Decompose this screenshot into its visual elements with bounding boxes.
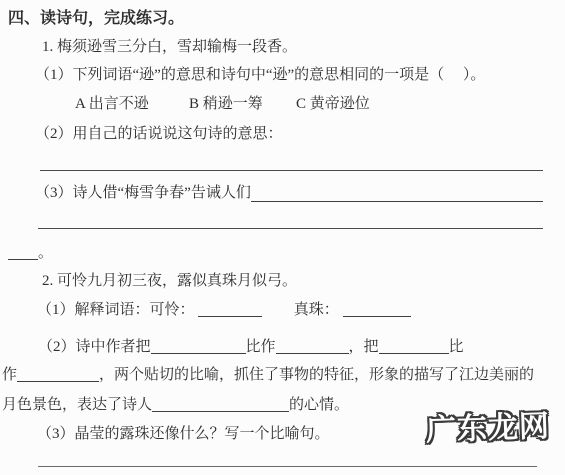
blank-keliang bbox=[198, 300, 262, 317]
answer-blank-tail bbox=[8, 243, 38, 260]
q2-sub2-seg8: 的心情。 bbox=[289, 397, 349, 413]
q1-sub3-question: （3）诗人借“梅雪争春”告诫人们 bbox=[35, 184, 251, 202]
q2-sub1-label2: 真珠： bbox=[294, 302, 339, 318]
q2-sub1-label1: （1）解释词语：可怜： bbox=[37, 302, 195, 318]
q2-sub2-seg5: 作 bbox=[2, 367, 17, 383]
q1-sub3-tail-row: 。 bbox=[8, 243, 53, 262]
q2-sub2-seg3: ，把 bbox=[349, 339, 379, 355]
blank-5 bbox=[152, 395, 289, 412]
q1-sub1-question: （1）下列词语“逊”的意思和诗句中“逊”的意思相同的一项是（ ）。 bbox=[35, 66, 485, 84]
q2-stem: 2. 可怜九月初三夜，露似真珠月似弓。 bbox=[42, 272, 297, 290]
q2-sub2-seg7: 月色景色，表达了诗人 bbox=[2, 397, 152, 413]
q2-sub2-seg6: ，两个贴切的比喻，抓住了事物的特征，形象的描写了江边美丽的 bbox=[99, 367, 534, 383]
q2-sub2-seg1: （2）诗中作者把 bbox=[38, 339, 151, 355]
q2-sub2-line3: 月色景色，表达了诗人的心情。 bbox=[2, 395, 349, 414]
worksheet-page: 四、读诗句，完成练习。 1. 梅须逊雪三分白，雪却输梅一段香。 （1）下列词语“… bbox=[0, 0, 565, 475]
q1-sub1-options: A 出言不逊 B 稍逊一筹 C 黄帝逊位 bbox=[0, 95, 565, 113]
q2-sub2-seg2: 比作 bbox=[246, 339, 276, 355]
option-c: C 黄帝逊位 bbox=[296, 95, 370, 113]
blank-3 bbox=[379, 337, 449, 354]
answer-line-q2-sub3 bbox=[38, 466, 537, 467]
blank-4 bbox=[17, 365, 99, 382]
blank-2 bbox=[276, 337, 349, 354]
watermark-logo: 广东龙网 bbox=[426, 418, 551, 440]
q2-sub2-seg4: 比 bbox=[449, 339, 464, 355]
q2-sub3-question: （3）晶莹的露珠还像什么？写一个比喻句。 bbox=[37, 425, 330, 443]
q2-sub2-line1: （2）诗中作者把比作，把比 bbox=[38, 337, 464, 356]
tail-punctuation: 。 bbox=[38, 245, 53, 261]
q2-sub2-line2: 作，两个贴切的比喻，抓住了事物的特征，形象的描写了江边美丽的 bbox=[2, 365, 534, 384]
q1-sub2-question: （2）用自己的话说说这句诗的意思： bbox=[35, 125, 283, 143]
blank-1 bbox=[151, 337, 246, 354]
option-a: A 出言不逊 bbox=[75, 95, 149, 113]
q2-sub1-row: （1）解释词语：可怜： 真珠： bbox=[37, 300, 411, 319]
answer-blank-q1-sub3 bbox=[251, 197, 543, 202]
blank-zhenzhu bbox=[343, 300, 411, 317]
section-title: 四、读诗句，完成练习。 bbox=[8, 10, 184, 28]
option-b: B 稍逊一筹 bbox=[189, 95, 263, 113]
q1-stem: 1. 梅须逊雪三分白，雪却输梅一段香。 bbox=[42, 38, 297, 56]
answer-line-q1-sub3-cont bbox=[38, 228, 543, 229]
answer-line-q1-sub2 bbox=[40, 170, 543, 171]
q1-sub3-question-row: （3）诗人借“梅雪争春”告诫人们 bbox=[35, 184, 543, 202]
